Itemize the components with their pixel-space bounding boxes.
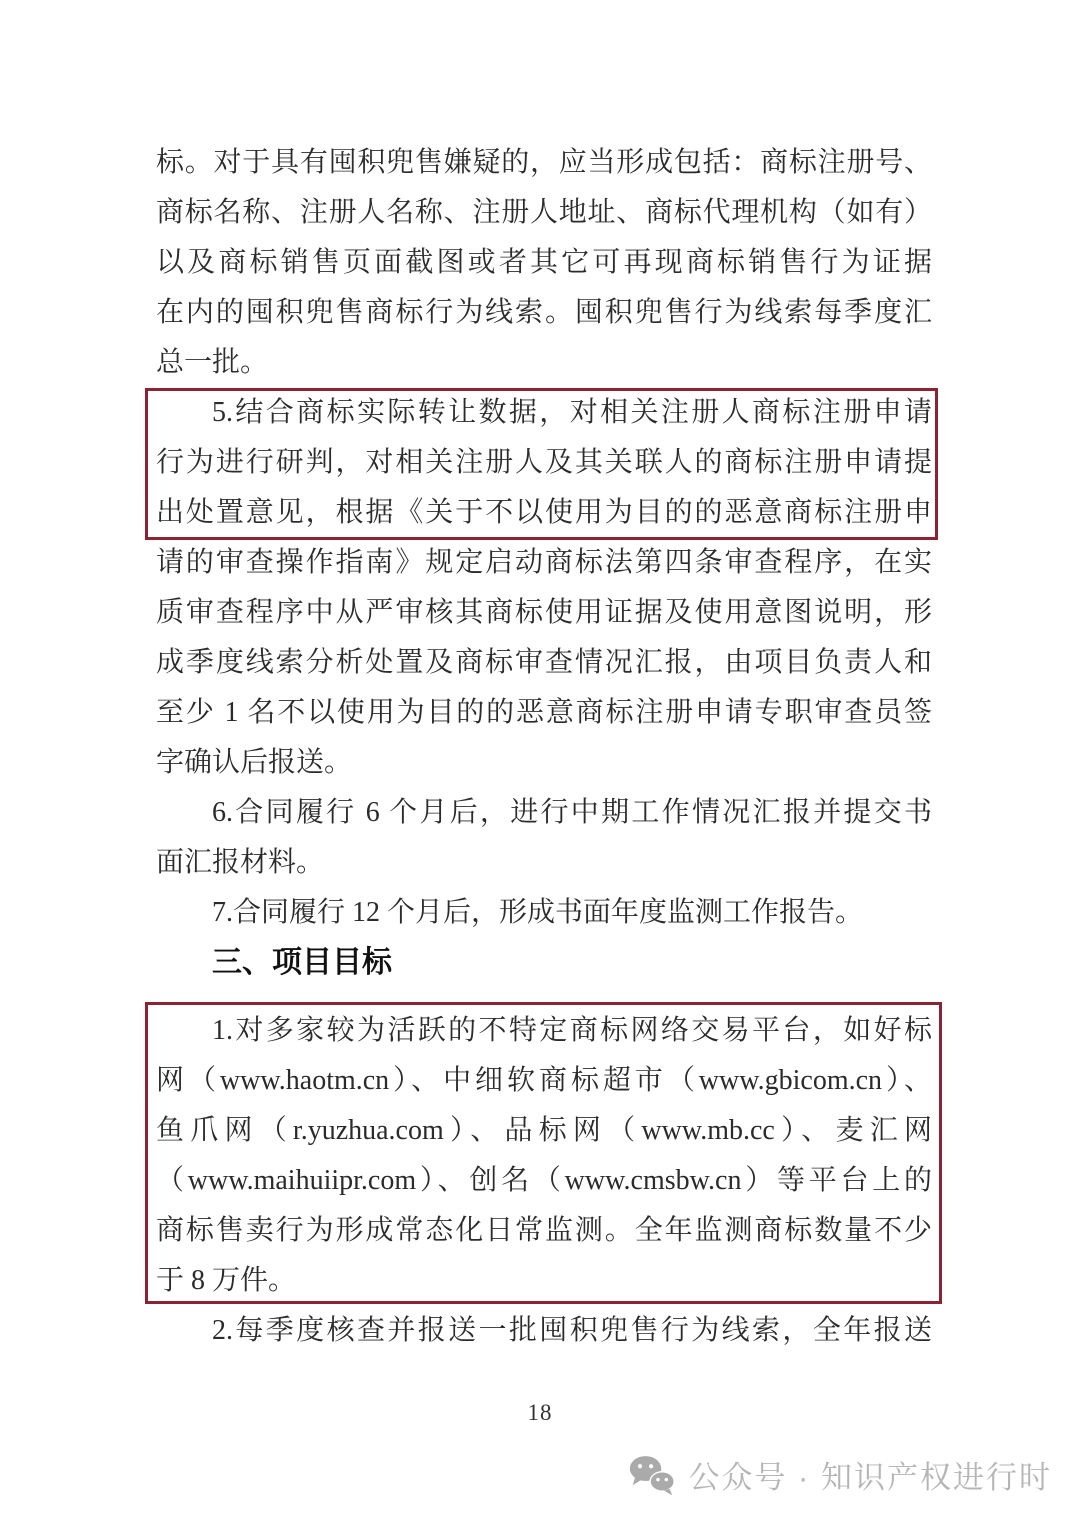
text-line: 请的审查操作指南》规定启动商标法第四条审查程序，在实 [156, 538, 932, 588]
watermark-text: 公众号 · 知识产权进行时 [688, 1452, 1052, 1497]
text-line: 网（www.haotm.cn）、中细软商标超市（www.gbicom.cn）、 [156, 1056, 932, 1106]
text-line: 出处置意见，根据《关于不以使用为目的的恶意商标注册申 [156, 488, 932, 538]
text-line: 标。对于具有囤积兜售嫌疑的，应当形成包括：商标注册号、 [156, 138, 932, 188]
wechat-icon [628, 1454, 676, 1496]
page-number: 18 [0, 1400, 1080, 1426]
text-line: 鱼爪网（r.yuzhua.com）、品标网（www.mb.cc）、麦汇网 [156, 1106, 932, 1156]
text-line: 至少 1 名不以使用为目的的恶意商标注册申请专职审查员签 [156, 688, 932, 738]
text-line: 面汇报材料。 [156, 838, 932, 888]
document-body: 标。对于具有囤积兜售嫌疑的，应当形成包括：商标注册号、 商标名称、注册人名称、注… [156, 138, 932, 1356]
text-line: （www.maihuiipr.com）、创名（www.cmsbw.cn）等平台上… [156, 1156, 932, 1206]
text-line: 在内的囤积兜售商标行为线索。囤积兜售行为线索每季度汇 [156, 288, 932, 338]
text-line: 商标名称、注册人名称、注册人地址、商标代理机构（如有） [156, 188, 932, 238]
text-line: 6.合同履行 6 个月后，进行中期工作情况汇报并提交书 [156, 788, 932, 838]
text-line: 7.合同履行 12 个月后，形成书面年度监测工作报告。 [156, 888, 932, 938]
text-line: 商标售卖行为形成常态化日常监测。全年监测商标数量不少 [156, 1206, 932, 1256]
text-line: 以及商标销售页面截图或者其它可再现商标销售行为证据 [156, 238, 932, 288]
text-line: 总一批。 [156, 338, 932, 388]
text-line: 行为进行研判，对相关注册人及其关联人的商标注册申请提 [156, 438, 932, 488]
text-line: 1.对多家较为活跃的不特定商标网络交易平台，如好标 [156, 1006, 932, 1056]
text-line: 质审查程序中从严审核其商标使用证据及使用意图说明，形 [156, 588, 932, 638]
text-line: 字确认后报送。 [156, 738, 932, 788]
text-line: 于 8 万件。 [156, 1256, 932, 1306]
text-line: 2.每季度核查并报送一批囤积兜售行为线索，全年报送 [156, 1306, 932, 1356]
text-line: 5.结合商标实际转让数据，对相关注册人商标注册申请 [156, 388, 932, 438]
document-page: 标。对于具有囤积兜售嫌疑的，应当形成包括：商标注册号、 商标名称、注册人名称、注… [0, 0, 1080, 1526]
section-heading: 三、项目目标 [156, 938, 932, 988]
wechat-watermark: 公众号 · 知识产权进行时 [628, 1452, 1052, 1497]
text-line: 成季度线索分析处置及商标审查情况汇报，由项目负责人和 [156, 638, 932, 688]
